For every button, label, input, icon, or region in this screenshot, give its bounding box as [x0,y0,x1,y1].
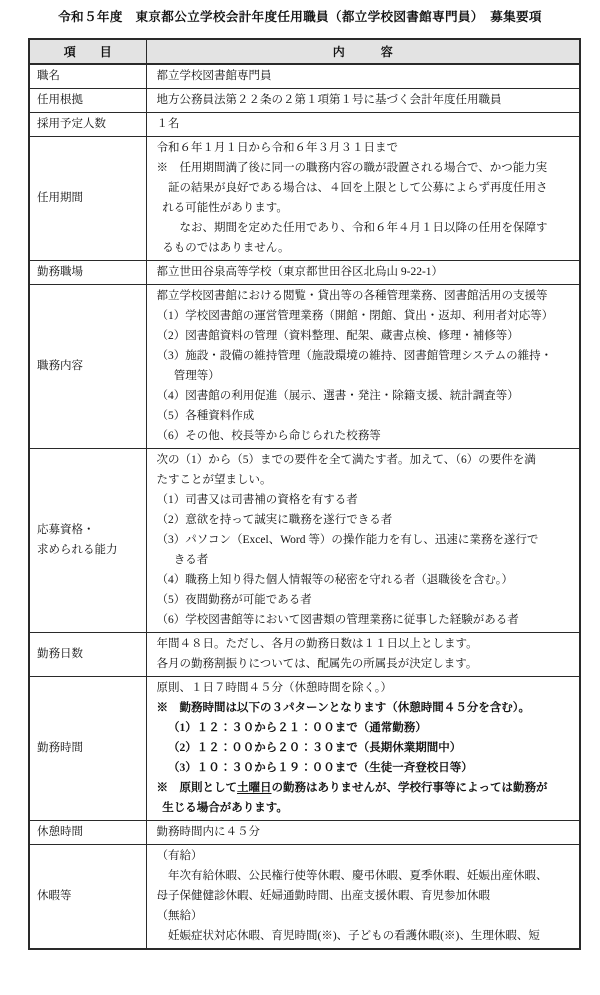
row-label: 職名 [29,64,146,89]
content-line: 都立世田谷泉高等学校（東京都世田谷区北烏山 9-22-1） [157,262,574,282]
table-row: 職務内容都立学校図書館における閲覧・貸出等の各種管理業務、図書館活用の支援等（1… [29,285,580,449]
content-line: 生じる場合があります。 [157,798,574,818]
row-label: 勤務時間 [29,677,146,821]
content-line: れる可能性があります。 [157,198,574,218]
table-header-row: 項 目 内 容 [29,39,580,64]
row-label-line: 応募資格・ [37,520,143,540]
table-row: 休暇等（有給）年次有給休暇、公民権行使等休暇、慶弔休暇、夏季休暇、妊娠出産休暇、… [29,845,580,950]
content-line: 都立学校図書館専門員 [157,66,574,86]
row-label-line: 勤務時間 [37,738,143,758]
row-content: １名 [146,113,580,137]
content-line: たすことが望ましい。 [157,470,574,490]
content-line: （1）司書又は司書補の資格を有する者 [157,490,574,510]
row-label-line: 職務内容 [37,356,143,376]
content-line: 勤務時間内に４５分 [157,822,574,842]
row-label: 任用期間 [29,137,146,261]
content-line: （5）夜間勤務が可能である者 [157,590,574,610]
row-content: 次の（1）から（5）までの要件を全て満たす者。加えて、（6）の要件を満たすことが… [146,449,580,633]
text-segment: の勤務はありませんが、学校行事等によっては勤務が [272,782,548,794]
content-line: （2）図書館資料の管理（資料整理、配架、蔵書点検、修理・補修等） [157,326,574,346]
recruitment-table: 項 目 内 容 職名都立学校図書館専門員任用根拠地方公務員法第２２条の２第１項第… [28,38,581,950]
content-line: （4）職務上知り得た個人情報等の秘密を守れる者（退職後を含む。） [157,570,574,590]
table-row: 勤務日数年間４８日。ただし、各月の勤務日数は１１日以上とします。各月の勤務割振り… [29,633,580,677]
row-label-line: 勤務職場 [37,262,143,282]
content-line: 各月の勤務割振りについては、配属先の所属長が決定します。 [157,654,574,674]
content-line: 妊娠症状対応休暇、育児時間(※)、子どもの看護休暇(※)、生理休暇、短 [157,926,574,946]
table-body: 職名都立学校図書館専門員任用根拠地方公務員法第２２条の２第１項第１号に基づく会計… [29,64,580,949]
row-label-line: 任用期間 [37,188,143,208]
row-content: 原則、１日７時間４５分（休憩時間を除く。）※ 勤務時間は以下の３パターンとなりま… [146,677,580,821]
row-content: 年間４８日。ただし、各月の勤務日数は１１日以上とします。各月の勤務割振りについて… [146,633,580,677]
row-content: 都立世田谷泉高等学校（東京都世田谷区北烏山 9-22-1） [146,261,580,285]
row-label-line: 休暇等 [37,886,143,906]
content-line: １名 [157,114,574,134]
content-line: ※ 原則として土曜日の勤務はありませんが、学校行事等によっては勤務が [157,778,574,798]
content-line: （1）１２：３０から２１：００まで（通常勤務） [157,718,574,738]
table-row: 採用予定人数１名 [29,113,580,137]
row-content: （有給）年次有給休暇、公民権行使等休暇、慶弔休暇、夏季休暇、妊娠出産休暇、母子保… [146,845,580,950]
row-label-line: 休憩時間 [37,822,143,842]
content-line: （5）各種資料作成 [157,406,574,426]
table-row: 勤務職場都立世田谷泉高等学校（東京都世田谷区北烏山 9-22-1） [29,261,580,285]
content-line: （無給） [157,906,574,926]
row-label: 勤務日数 [29,633,146,677]
row-content: 地方公務員法第２２条の２第１項第１号に基づく会計年度任用職員 [146,89,580,113]
document-title: 令和５年度 東京都公立学校会計年度任用職員（都立学校図書館専門員） 募集要項 [0,6,600,25]
content-line: （有給） [157,846,574,866]
table-row: 勤務時間原則、１日７時間４５分（休憩時間を除く。）※ 勤務時間は以下の３パターン… [29,677,580,821]
content-line: 次の（1）から（5）までの要件を全て満たす者。加えて、（6）の要件を満 [157,450,574,470]
row-label-line: 任用根拠 [37,90,143,110]
content-line: 年間４８日。ただし、各月の勤務日数は１１日以上とします。 [157,634,574,654]
content-line: 都立学校図書館における閲覧・貸出等の各種管理業務、図書館活用の支援等 [157,286,574,306]
text-segment: ※ 原則として [157,782,238,794]
content-line: （4）図書館の利用促進（展示、選書・発注・除籍支援、統計調査等） [157,386,574,406]
content-line: 母子保健健診休暇、妊婦通勤時間、出産支援休暇、育児参加休暇 [157,886,574,906]
row-label: 任用根拠 [29,89,146,113]
row-label-line: 職名 [37,66,143,86]
content-line: （3）パソコン（Excel、Word 等）の操作能力を有し、迅速に業務を遂行で [157,530,574,550]
header-content-cell: 内 容 [146,39,580,64]
content-line: 原則、１日７時間４５分（休憩時間を除く。） [157,678,574,698]
row-label: 勤務職場 [29,261,146,285]
content-line: （6）その他、校長等から命じられた校務等 [157,426,574,446]
document-page: { "page": { "title": "令和５年度 東京都公立学校会計年度任… [0,0,600,995]
content-line: （2）意欲を持って誠実に職務を遂行できる者 [157,510,574,530]
header-item-cell: 項 目 [29,39,146,64]
row-label: 応募資格・求められる能力 [29,449,146,633]
table-row: 職名都立学校図書館専門員 [29,64,580,89]
row-label: 休暇等 [29,845,146,950]
content-line: ※ 任用期間満了後に同一の職務内容の職が設置される場合で、かつ能力実 [157,158,574,178]
content-line: 年次有給休暇、公民権行使等休暇、慶弔休暇、夏季休暇、妊娠出産休暇、 [157,866,574,886]
content-line: （1）学校図書館の運営管理業務（開館・閉館、貸出・返却、利用者対応等） [157,306,574,326]
content-line: 証の結果が良好である場合は、４回を上限として公募によらず再度任用さ [157,178,574,198]
content-line: 地方公務員法第２２条の２第１項第１号に基づく会計年度任用職員 [157,90,574,110]
content-line: 令和６年１月１日から令和６年３月３１日まで [157,138,574,158]
row-label: 職務内容 [29,285,146,449]
content-line: なお、期間を定めた任用であり、令和６年４月１日以降の任用を保障す [157,218,574,238]
row-content: 令和６年１月１日から令和６年３月３１日まで※ 任用期間満了後に同一の職務内容の職… [146,137,580,261]
content-line: （3）１０：３０から１９：００まで（生徒一斉登校日等） [157,758,574,778]
row-label-line: 採用予定人数 [37,114,143,134]
content-line: （2）１２：００から２０：３０まで（長期休業期間中） [157,738,574,758]
row-label: 休憩時間 [29,821,146,845]
row-content: 都立学校図書館における閲覧・貸出等の各種管理業務、図書館活用の支援等（1）学校図… [146,285,580,449]
table-row: 任用期間令和６年１月１日から令和６年３月３１日まで※ 任用期間満了後に同一の職務… [29,137,580,261]
content-line: ※ 勤務時間は以下の３パターンとなります（休憩時間４５分を含む）。 [157,698,574,718]
content-line: きる者 [157,550,574,570]
row-label: 採用予定人数 [29,113,146,137]
table-row: 応募資格・求められる能力次の（1）から（5）までの要件を全て満たす者。加えて、（… [29,449,580,633]
content-line: （6）学校図書館等において図書類の管理業務に従事した経験がある者 [157,610,574,630]
row-label-line: 勤務日数 [37,644,143,664]
row-label-line: 求められる能力 [37,540,143,560]
table-row: 休憩時間勤務時間内に４５分 [29,821,580,845]
table-row: 任用根拠地方公務員法第２２条の２第１項第１号に基づく会計年度任用職員 [29,89,580,113]
row-content: 勤務時間内に４５分 [146,821,580,845]
row-content: 都立学校図書館専門員 [146,64,580,89]
underlined-text: 土曜日 [237,782,272,794]
content-line: （3）施設・設備の維持管理（施設環境の維持、図書館管理システムの維持・ [157,346,574,366]
content-line: 管理等） [157,366,574,386]
content-line: るものではありません。 [157,238,574,258]
